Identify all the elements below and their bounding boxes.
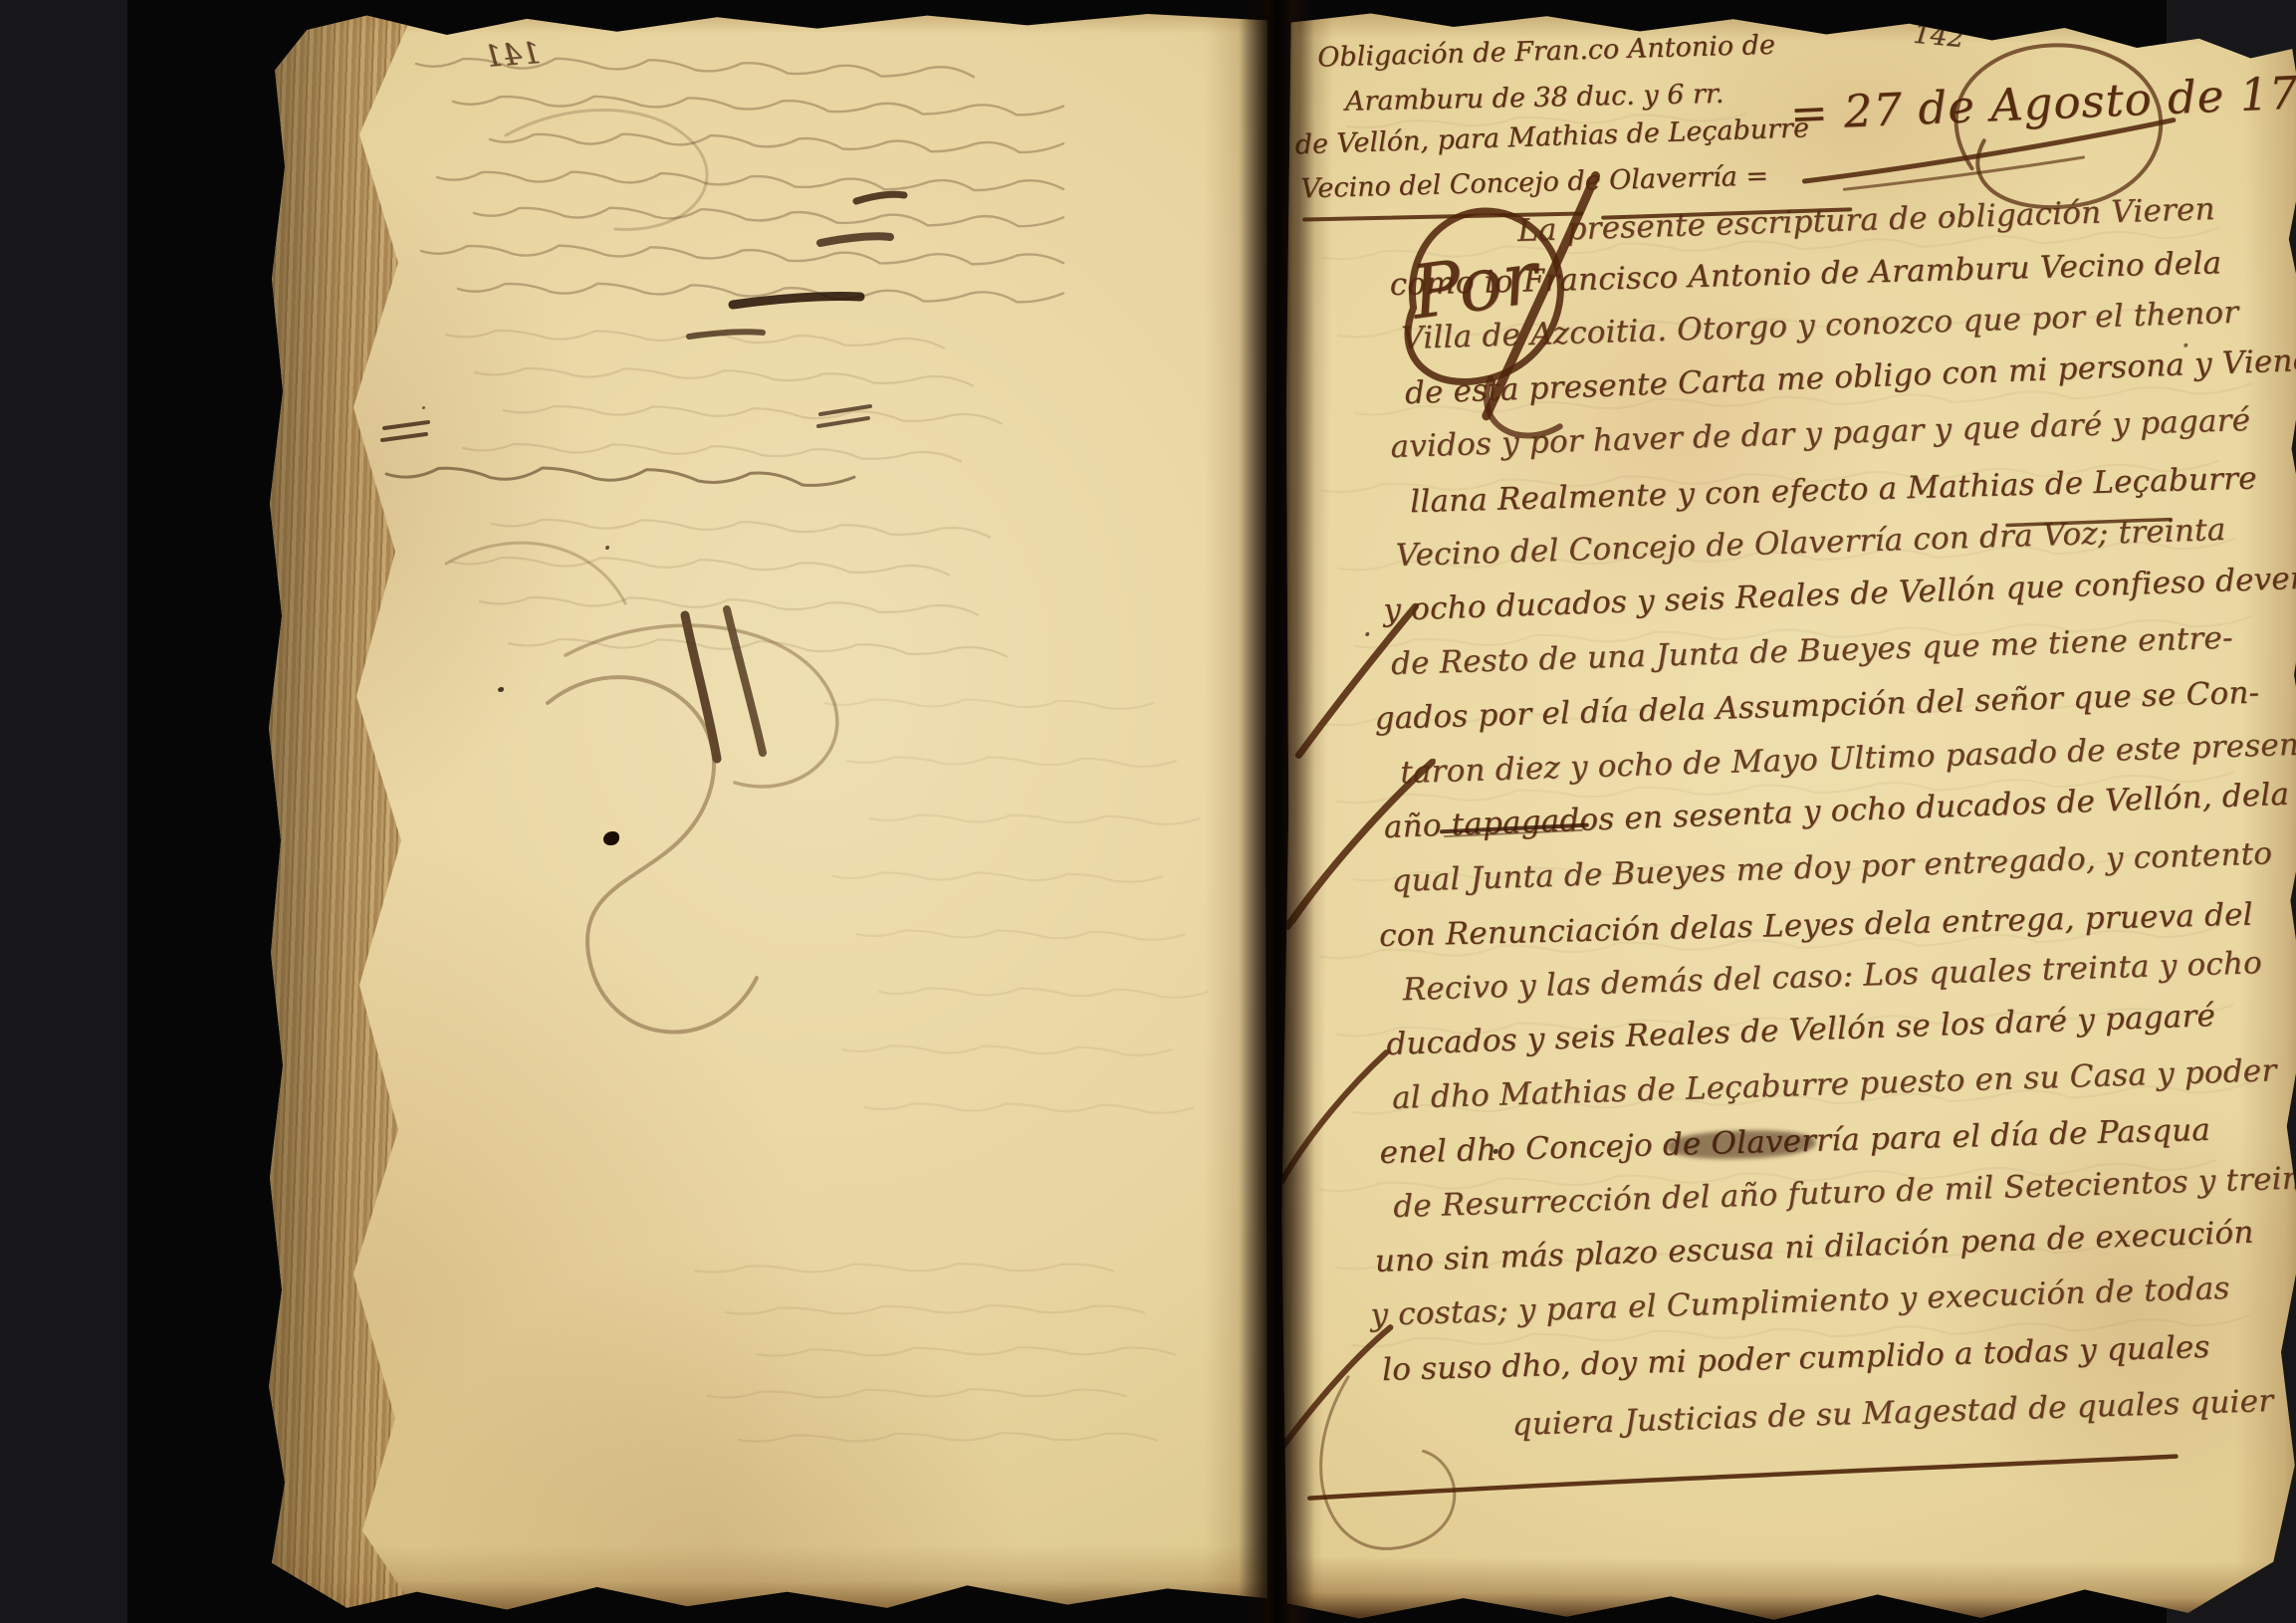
left-page-ink-flourishes [267,6,1267,1611]
scan-bed: 141 [127,0,2167,1623]
bleedthrough-ghost-line [824,699,1153,708]
ink-speck [1950,214,1952,217]
bleedthrough-ghost-line [463,444,961,461]
bleedthrough-ghost-line [504,406,1002,423]
bleedthrough-ghost-line [865,1103,1194,1112]
bleedthrough-ghost-line [695,1264,1113,1272]
bleedthrough-ghost-line [708,1389,1126,1397]
left-page: 141 [267,6,1267,1611]
bleedthrough-ghost-line [475,368,973,385]
bleedthrough-ghost-line [490,134,1063,152]
descender-loop [1320,1377,1455,1549]
bleedthrough-ghost-line [870,814,1199,823]
bleedthrough-ghost-line [474,208,1063,226]
bleedthrough-ghost-line [726,1305,1144,1313]
bleedthrough-ghost-line [453,97,1063,116]
bleedthrough-ghost-line [842,1045,1171,1054]
bleedthrough-ghost-line [386,468,854,485]
bleedthrough-ghost-line [437,172,1063,190]
bleedthrough-ghost-line [856,930,1185,939]
bleedthrough-ghost-line [492,520,990,537]
bleedthrough-marks [382,111,904,441]
bleedthrough-ghost-line [421,246,1063,265]
right-page: 142 Obligación de Fran.co Antonio de Ara… [1276,6,2296,1623]
gutter-shadow [1239,0,1314,1623]
page-number: 142 [1912,19,1965,55]
bleedthrough-ghost-line [739,1433,1157,1441]
bleedthrough-ghost-line [416,59,974,78]
bleedthrough-ghost-line [833,872,1162,881]
bleedthrough-ghost-line [879,988,1208,997]
bleedthrough-ghost-line [757,1347,1175,1355]
manuscript-scan: { "scan": { "description": "Two-page spr… [0,0,2296,1623]
bleedthrough-ghost-line [847,757,1176,766]
signature-flourish [446,543,837,1032]
bleedthrough-ghost-line [451,558,949,575]
